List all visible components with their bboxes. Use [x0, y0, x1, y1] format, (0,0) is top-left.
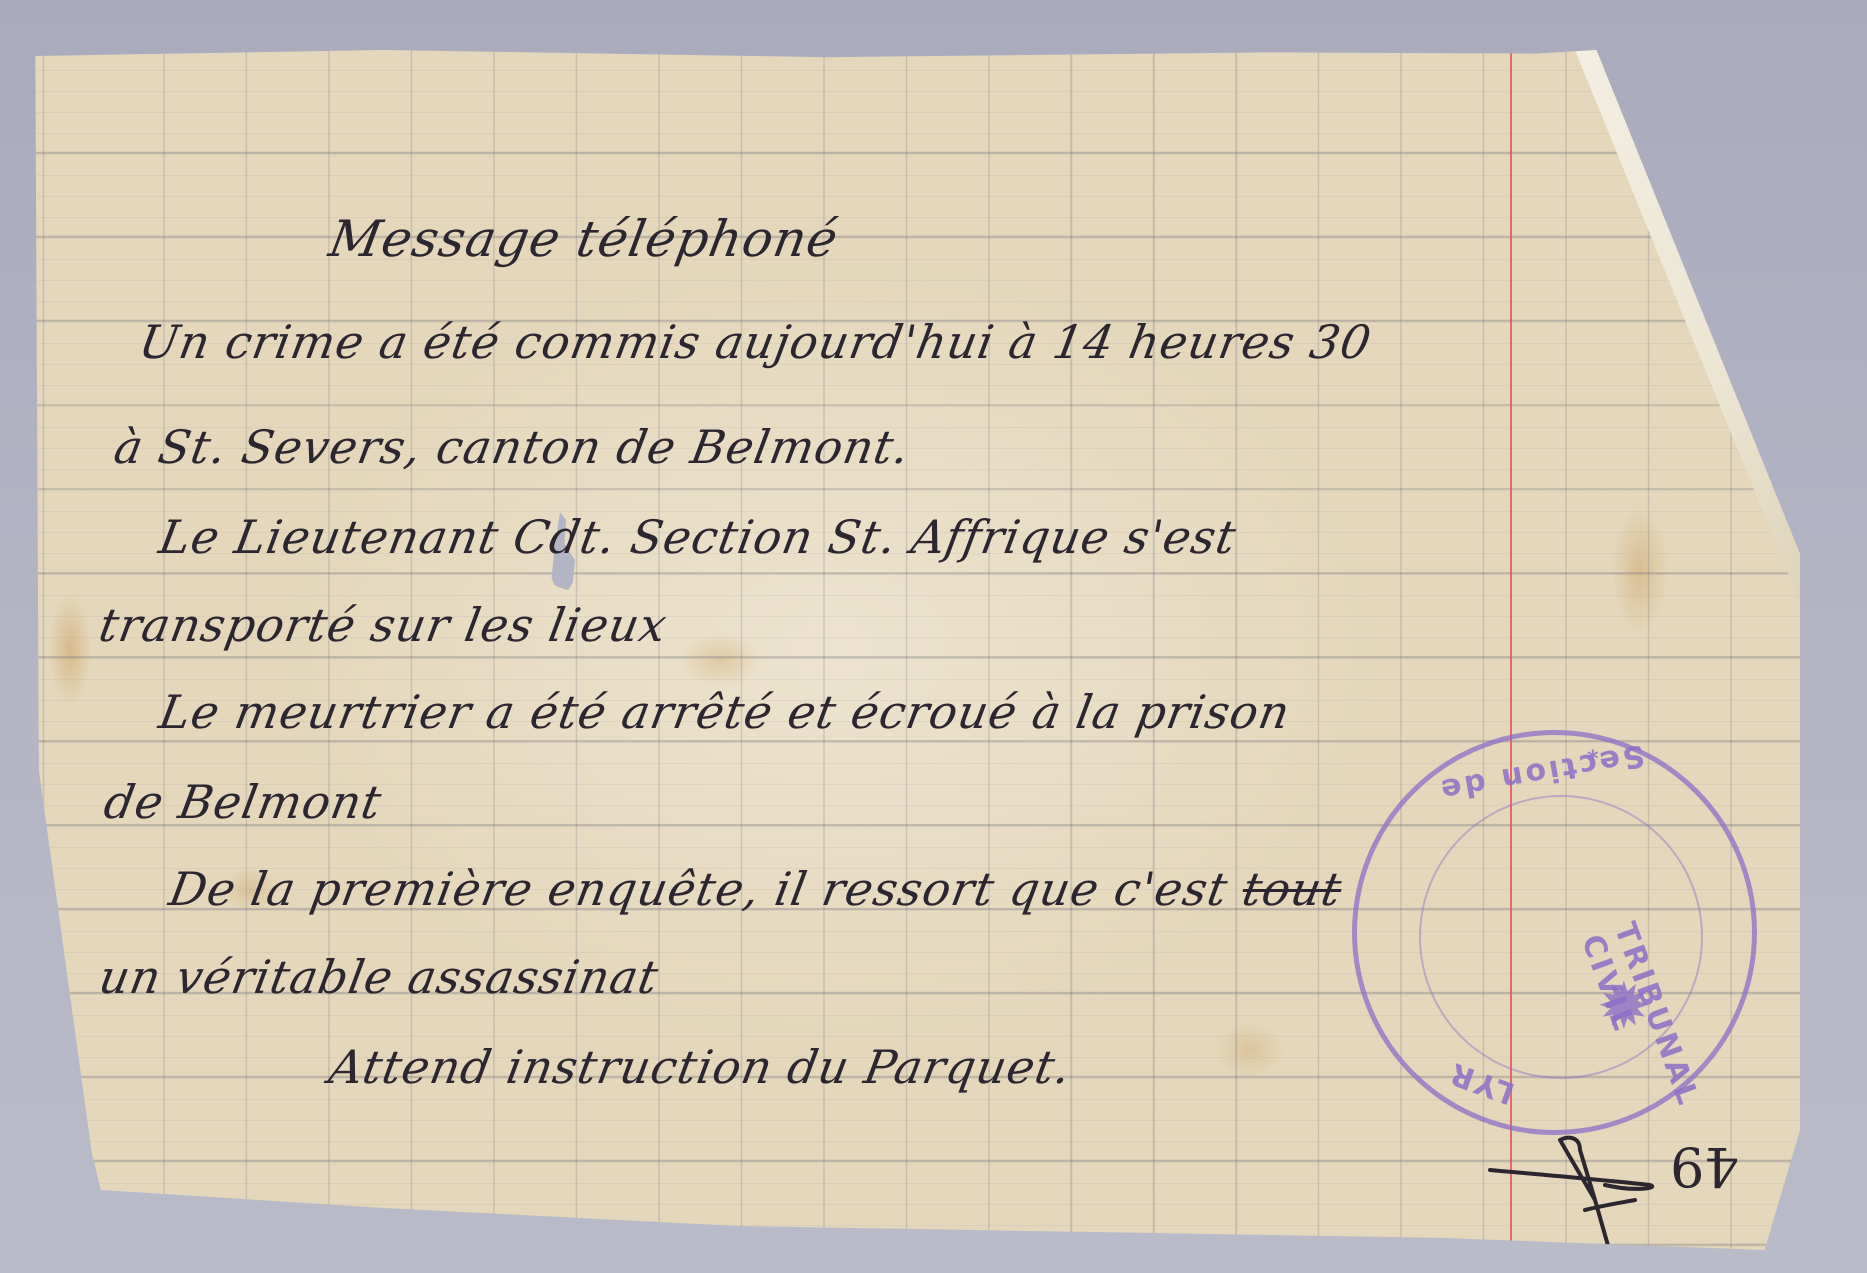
message-line-8: un véritable assassinat: [95, 950, 663, 1004]
struck-word: tout: [1238, 862, 1346, 916]
message-line-5: Le meurtrier a été arrêté et écroué à la…: [155, 685, 1294, 739]
message-title: Message téléphoné: [325, 210, 843, 268]
message-line-1: Un crime a été commis aujourd'hui à 14 h…: [135, 315, 1376, 369]
signature: [1485, 1130, 1665, 1273]
message-line-4: transporté sur les lieux: [95, 598, 671, 652]
message-line-3: Le Lieutenant Cdt. Section St. Affrique …: [155, 510, 1240, 564]
paper-sheet: Message téléphoné Un crime a été commis …: [30, 50, 1800, 1250]
court-stamp: Section de * TRIBUNAL CIVIL LYR ✹: [1352, 730, 1757, 1135]
message-line-9: Attend instruction du Parquet.: [325, 1040, 1075, 1094]
message-line-7: De la première enquête, il ressort que c…: [165, 862, 1346, 916]
message-line-7-text: De la première enquête, il ressort que c…: [165, 862, 1232, 916]
message-line-2: à St. Severs, canton de Belmont.: [110, 420, 914, 474]
folio-number: 49: [1670, 1135, 1739, 1198]
message-line-6: de Belmont: [100, 775, 386, 829]
stamp-star-icon: ✹: [1597, 970, 1651, 1044]
stamp-separator: *: [1587, 747, 1602, 772]
